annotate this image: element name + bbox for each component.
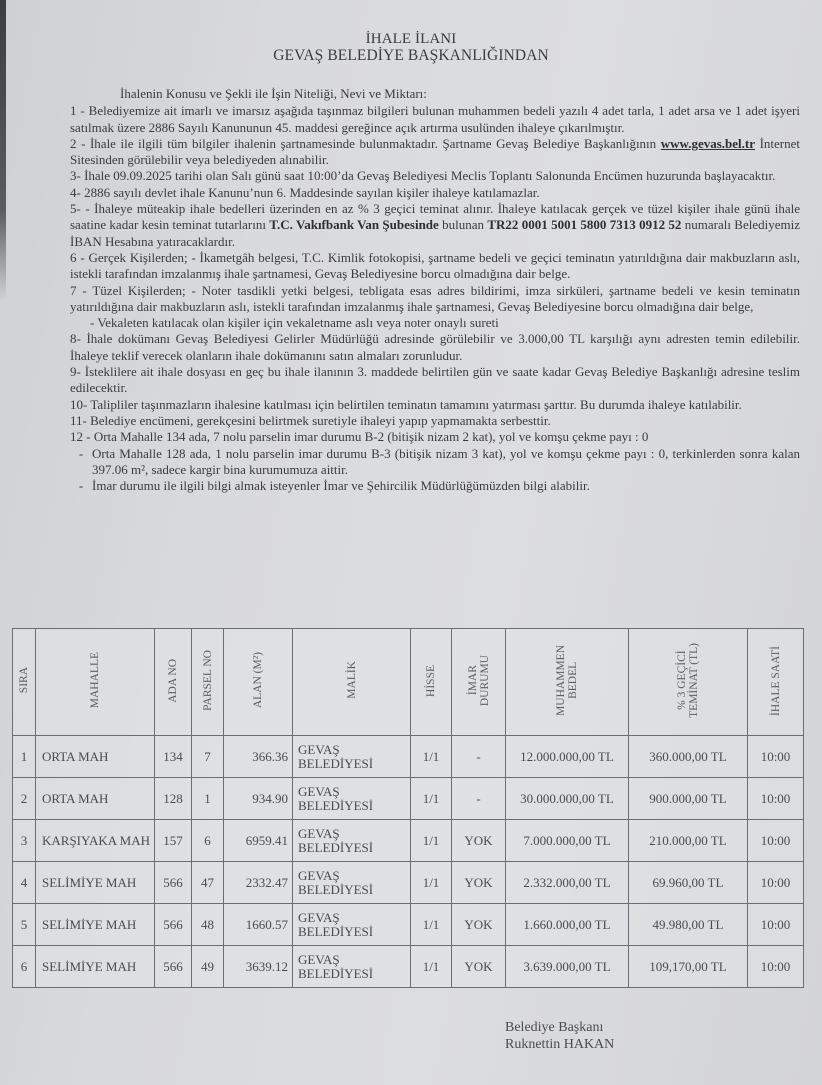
cell-parsel: 7 xyxy=(192,736,224,778)
cell-imar: - xyxy=(452,778,506,820)
cell-malik: GEVAŞBELEDİYESİ xyxy=(293,736,411,778)
table-body: 1ORTA MAH1347366.36GEVAŞBELEDİYESİ1/1-12… xyxy=(13,736,804,988)
cell-malik: GEVAŞBELEDİYESİ xyxy=(293,820,411,862)
cell-teminat: 49.980,00 TL xyxy=(629,904,748,946)
table-row: 6SELİMİYE MAH566493639.12GEVAŞBELEDİYESİ… xyxy=(13,946,804,988)
iban-number: TR22 0001 5001 5800 7313 0912 52 xyxy=(487,217,681,232)
clause-8: 8- İhale dokümanı Gevaş Belediyesi Gelir… xyxy=(70,331,800,364)
cell-ada: 566 xyxy=(155,904,192,946)
header-mahalle: MAHALLE xyxy=(36,629,155,736)
cell-malik: GEVAŞBELEDİYESİ xyxy=(293,862,411,904)
cell-imar: YOK xyxy=(452,904,506,946)
signatory-role: Belediye Başkanı xyxy=(505,1019,614,1036)
cell-muhammen: 3.639.000,00 TL xyxy=(506,946,629,988)
cell-mahalle: KARŞIYAKA MAH xyxy=(36,820,155,862)
cell-mahalle: SELİMİYE MAH xyxy=(36,862,155,904)
clause-6: 6 - Gerçek Kişilerden; - İkametgâh belge… xyxy=(70,250,800,283)
cell-ada: 566 xyxy=(155,862,192,904)
cell-imar: YOK xyxy=(452,820,506,862)
cell-ada: 134 xyxy=(155,736,192,778)
header-sira: SIRA xyxy=(13,629,36,736)
cell-alan: 2332.47 xyxy=(224,862,293,904)
cell-muhammen: 30.000.000,00 TL xyxy=(506,778,629,820)
cell-muhammen: 1.660.000,00 TL xyxy=(506,904,629,946)
cell-imar: - xyxy=(452,736,506,778)
signatory-name: Ruknettin HAKAN xyxy=(505,1036,614,1053)
signature-block: Belediye Başkanı Ruknettin HAKAN xyxy=(505,1019,614,1053)
clause-3: 3- İhale 09.09.2025 tarihi olan Salı gün… xyxy=(70,168,800,184)
dash-bullet: - xyxy=(70,446,92,479)
header-parsel: PARSEL NO xyxy=(192,629,224,736)
announcement-title: İHALE İLANI xyxy=(0,31,822,48)
clause-12-sub-1: - Orta Mahalle 128 ada, 1 nolu parselin … xyxy=(70,446,800,479)
cell-saat: 10:00 xyxy=(748,904,804,946)
cell-mahalle: SELİMİYE MAH xyxy=(36,904,155,946)
header-teminat: % 3 GEÇİCİTEMİNAT (TL) xyxy=(629,629,748,736)
cell-teminat: 900.000,00 TL xyxy=(629,778,748,820)
cell-muhammen: 7.000.000,00 TL xyxy=(506,820,629,862)
cell-hisse: 1/1 xyxy=(411,946,452,988)
cell-muhammen: 12.000.000,00 TL xyxy=(506,736,629,778)
header-saat: İHALE SAATİ xyxy=(748,629,804,736)
cell-ada: 128 xyxy=(155,778,192,820)
cell-saat: 10:00 xyxy=(748,862,804,904)
header-imar: İMARDURUMU xyxy=(452,629,506,736)
clause-11: 11- Belediye encümeni, gerekçesini belir… xyxy=(70,413,800,429)
header-hisse: HİSSE xyxy=(411,629,452,736)
clause-7: 7 - Tüzel Kişilerden; - Noter tasdikli y… xyxy=(70,283,800,316)
cell-malik: GEVAŞBELEDİYESİ xyxy=(293,946,411,988)
cell-saat: 10:00 xyxy=(748,946,804,988)
clause-4: 4- 2886 sayılı devlet ihale Kanunu’nun 6… xyxy=(70,185,800,201)
clause-10: 10- Talipliler taşınmazların ihalesine k… xyxy=(70,397,800,413)
cell-alan: 934.90 xyxy=(224,778,293,820)
header-alan: ALAN (M²) xyxy=(224,629,293,736)
issuer-title: GEVAŞ BELEDİYE BAŞKANLIĞINDAN xyxy=(0,47,822,65)
cell-hisse: 1/1 xyxy=(411,736,452,778)
clause-9: 9- İsteklilere ait ihale dosyası en geç … xyxy=(70,364,800,397)
header-ada: ADA NO xyxy=(155,629,192,736)
cell-parsel: 47 xyxy=(192,862,224,904)
property-table: SIRA MAHALLE ADA NO PARSEL NO ALAN (M²) … xyxy=(12,628,804,988)
announcement-body: İhalenin Konusu ve Şekli ile İşin Niteli… xyxy=(70,86,800,494)
clause-12-sub-2: - İmar durumu ile ilgili bilgi almak ist… xyxy=(70,478,800,494)
cell-teminat: 210.000,00 TL xyxy=(629,820,748,862)
cell-hisse: 1/1 xyxy=(411,904,452,946)
table-row: 5SELİMİYE MAH566481660.57GEVAŞBELEDİYESİ… xyxy=(13,904,804,946)
cell-hisse: 1/1 xyxy=(411,778,452,820)
cell-parsel: 6 xyxy=(192,820,224,862)
cell-ada: 566 xyxy=(155,946,192,988)
cell-hisse: 1/1 xyxy=(411,820,452,862)
clause-1: 1 - Belediyemize ait imarlı ve imarsız a… xyxy=(70,103,800,136)
cell-malik: GEVAŞBELEDİYESİ xyxy=(293,778,411,820)
cell-parsel: 1 xyxy=(192,778,224,820)
cell-saat: 10:00 xyxy=(748,778,804,820)
cell-sira: 5 xyxy=(13,904,36,946)
cell-alan: 3639.12 xyxy=(224,946,293,988)
table-row: 2ORTA MAH1281934.90GEVAŞBELEDİYESİ1/1-30… xyxy=(13,778,804,820)
table-row: 3KARŞIYAKA MAH15766959.41GEVAŞBELEDİYESİ… xyxy=(13,820,804,862)
table-header-row: SIRA MAHALLE ADA NO PARSEL NO ALAN (M²) … xyxy=(13,629,804,736)
table-row: 4SELİMİYE MAH566472332.47GEVAŞBELEDİYESİ… xyxy=(13,862,804,904)
clause-2: 2 - İhale ile ilgili tüm bilgiler ihalen… xyxy=(70,136,800,169)
cell-sira: 3 xyxy=(13,820,36,862)
header-malik: MALİK xyxy=(293,629,411,736)
cell-teminat: 109,170,00 TL xyxy=(629,946,748,988)
cell-alan: 1660.57 xyxy=(224,904,293,946)
cell-mahalle: ORTA MAH xyxy=(36,778,155,820)
website-link[interactable]: www.gevas.bel.tr xyxy=(661,136,755,151)
cell-sira: 2 xyxy=(13,778,36,820)
cell-teminat: 69.960,00 TL xyxy=(629,862,748,904)
intro-line: İhalenin Konusu ve Şekli ile İşin Niteli… xyxy=(70,86,800,102)
cell-saat: 10:00 xyxy=(748,736,804,778)
clause-7-sub: - Vekaleten katılacak olan kişiler için … xyxy=(70,315,800,331)
cell-alan: 366.36 xyxy=(224,736,293,778)
cell-teminat: 360.000,00 TL xyxy=(629,736,748,778)
clause-12: 12 - Orta Mahalle 134 ada, 7 nolu parsel… xyxy=(70,429,800,445)
cell-mahalle: ORTA MAH xyxy=(36,736,155,778)
cell-parsel: 49 xyxy=(192,946,224,988)
table-row: 1ORTA MAH1347366.36GEVAŞBELEDİYESİ1/1-12… xyxy=(13,736,804,778)
cell-sira: 1 xyxy=(13,736,36,778)
cell-imar: YOK xyxy=(452,862,506,904)
cell-sira: 6 xyxy=(13,946,36,988)
cell-parsel: 48 xyxy=(192,904,224,946)
cell-muhammen: 2.332.000,00 TL xyxy=(506,862,629,904)
cell-mahalle: SELİMİYE MAH xyxy=(36,946,155,988)
cell-sira: 4 xyxy=(13,862,36,904)
cell-hisse: 1/1 xyxy=(411,862,452,904)
clause-5: 5- - İhaleye müteakip ihale bedelleri üz… xyxy=(70,201,800,250)
cell-malik: GEVAŞBELEDİYESİ xyxy=(293,904,411,946)
cell-saat: 10:00 xyxy=(748,820,804,862)
dash-bullet: - xyxy=(70,478,92,494)
bank-name: T.C. Vakıfbank Van Şubesinde xyxy=(269,217,438,232)
cell-alan: 6959.41 xyxy=(224,820,293,862)
header-muhammen: MUHAMMENBEDEL xyxy=(506,629,629,736)
cell-imar: YOK xyxy=(452,946,506,988)
cell-ada: 157 xyxy=(155,820,192,862)
